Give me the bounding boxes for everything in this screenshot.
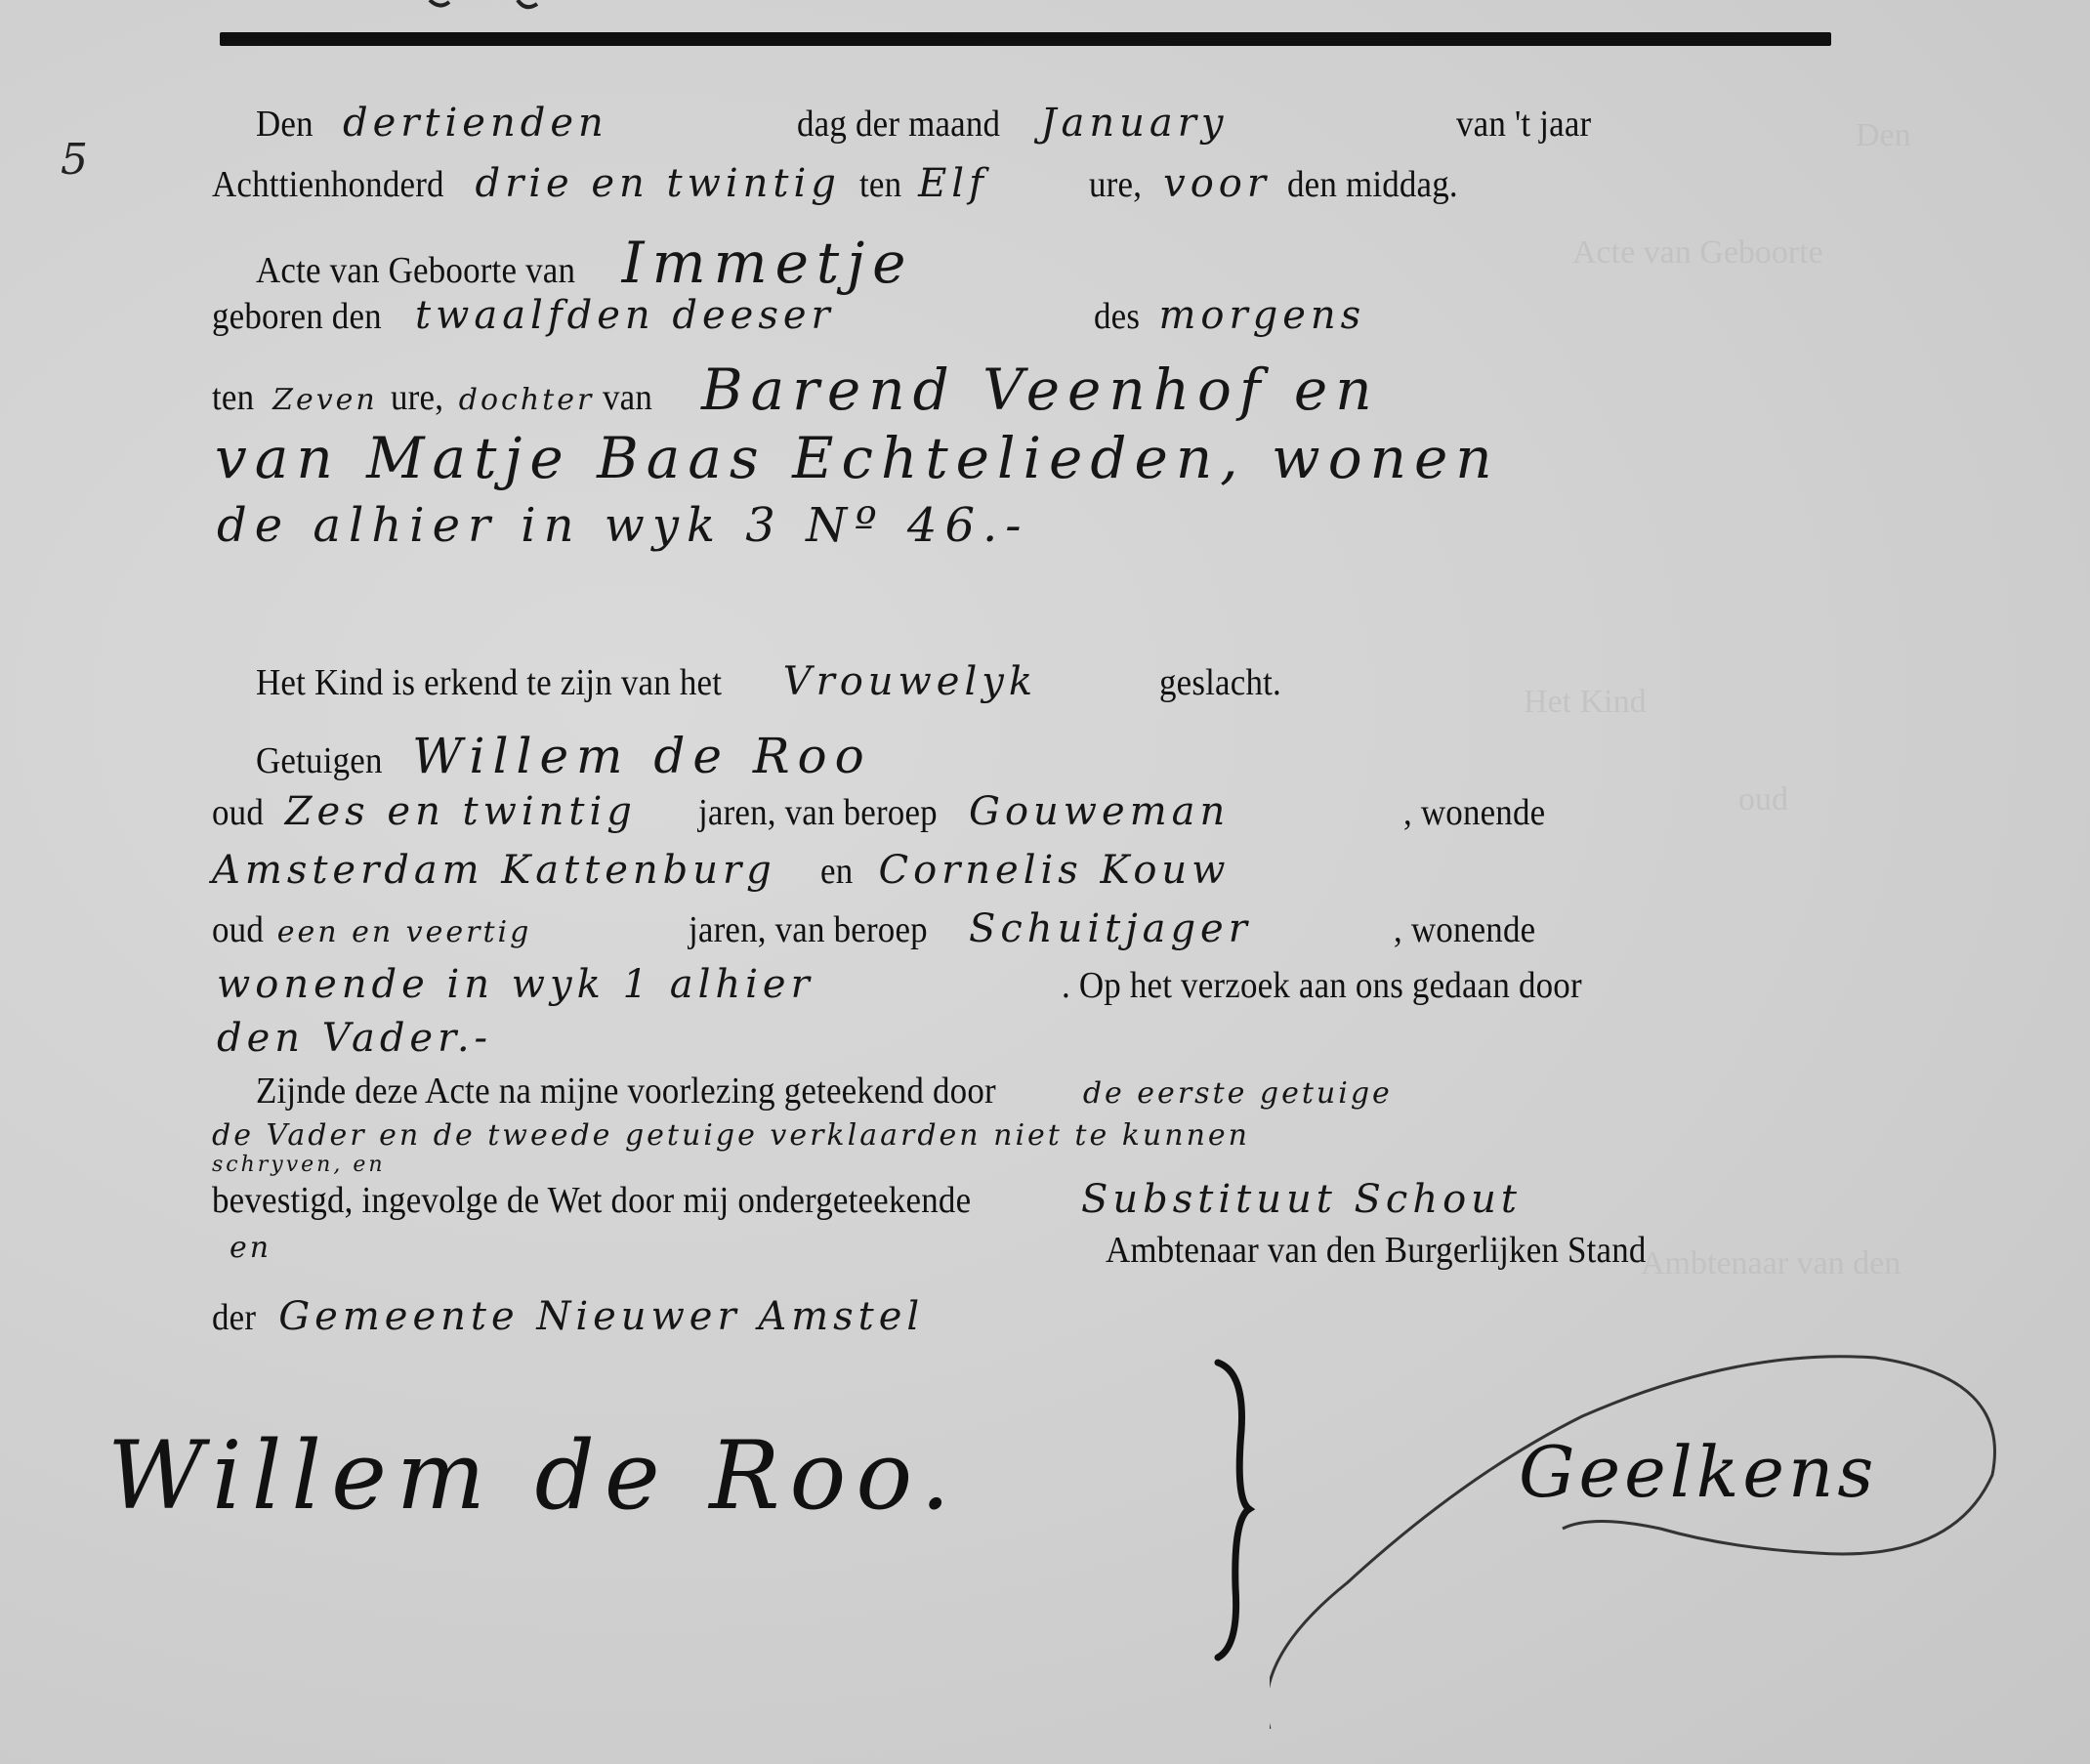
printed-text: , wonende <box>1394 908 1535 951</box>
line-date-day: Den dertienden dag der maand January van… <box>256 101 1603 146</box>
printed-text: Acte van Geboorte van <box>256 249 575 292</box>
handwritten-birth-day: twaalfden deeser <box>415 293 1040 338</box>
top-ink-fragment <box>391 0 781 14</box>
printed-text: geboren den <box>212 295 382 338</box>
line-registrar: en <box>230 1231 272 1265</box>
margin-record-number: 5 <box>61 135 88 185</box>
line-child-name: Acte van Geboorte van Immetje <box>256 230 914 296</box>
handwritten-day: dertienden <box>343 101 753 146</box>
printed-text: oud <box>212 908 264 951</box>
printed-text: van <box>603 376 652 419</box>
handwritten-year: drie en twintig <box>475 161 840 206</box>
printed-text: dag der maand <box>797 103 1000 146</box>
line-born: geboren den twaalfden deeser des morgens <box>212 293 1365 338</box>
printed-text: Zijnde deze Acte na mijne voorlezing get… <box>256 1070 996 1113</box>
handwritten-sex: Vrouwelyk <box>783 659 1154 704</box>
printed-text: ure, <box>391 376 443 419</box>
bleed-through-text: oud <box>1738 781 1788 819</box>
line-parents: ten Zeven ure, dochter van Barend Veenho… <box>212 357 1380 423</box>
signature-flourish <box>1270 1338 2070 1748</box>
handwritten-witness-1-age: Zes en twintig <box>285 789 676 834</box>
handwritten-residence: de alhier in wyk 3 Nº 46.- <box>217 498 1028 553</box>
line-sex: Het Kind is erkend te zijn van het Vrouw… <box>256 659 1292 704</box>
handwritten-witness-2: Cornelis Kouw <box>878 848 1230 893</box>
handwritten-official-title: Substituut Schout <box>1081 1177 1522 1222</box>
handwritten-municipality: Gemeente Nieuwer Amstel <box>278 1294 924 1339</box>
line-residence: de alhier in wyk 3 Nº 46.- <box>217 498 1028 553</box>
printed-text: Het Kind is erkend te zijn van het <box>256 661 722 704</box>
line-declaration: de Vader en de tweede getuige verklaarde… <box>212 1118 1250 1153</box>
printed-text: bevestigd, ingevolge de Wet door mij ond… <box>212 1179 971 1222</box>
line-confirmed: bevestigd, ingevolge de Wet door mij ond… <box>212 1177 1522 1222</box>
line-date-year: Achttienhonderd drie en twintig ten Elf … <box>212 161 1473 206</box>
handwritten-hour: Elf <box>918 161 1084 206</box>
handwritten-relation: dochter <box>459 383 595 417</box>
printed-text: Achttienhonderd <box>212 163 444 206</box>
header-rule <box>220 32 1831 46</box>
handwritten-witness-2-occupation: Schuitjager <box>969 906 1389 951</box>
printed-text: geslacht. <box>1159 661 1281 704</box>
document-page: Den Acte van Geboorte Het Kind oud Ambte… <box>0 0 2090 1764</box>
printed-text: jaren, van beroep <box>698 791 938 834</box>
handwritten-declaration: de Vader en de tweede getuige verklaarde… <box>212 1118 1250 1153</box>
printed-text: ure, <box>1089 163 1142 206</box>
bleed-through-text: Acte van Geboorte <box>1572 234 1823 272</box>
printed-text: Den <box>256 103 313 146</box>
handwritten-time-of-day: morgens <box>1159 293 1366 338</box>
line-registrar-title: Ambtenaar van den Burgerlijken Stand <box>1106 1229 1693 1272</box>
handwritten-and: en <box>230 1231 272 1265</box>
handwritten-child-name: Immetje <box>622 230 914 296</box>
line-witness-2-details: oud een en veertig jaren, van beroep Sch… <box>212 906 1548 951</box>
line-witness-1: Getuigen Willem de Roo <box>256 728 872 784</box>
printed-text: ten <box>212 376 254 419</box>
printed-text: van 't jaar <box>1456 103 1591 146</box>
printed-text: en <box>820 850 853 893</box>
line-request: wonende in wyk 1 alhier . Op het verzoek… <box>217 962 1627 1007</box>
handwritten-before-after: voor <box>1163 161 1271 206</box>
handwritten-witness-1-residence: Amsterdam Kattenburg <box>212 848 808 893</box>
line-witness-1-details: oud Zes en twintig jaren, van beroep Gou… <box>212 789 1558 834</box>
signature-official: Geelkens <box>1519 1431 1877 1513</box>
bleed-through-text: Den <box>1856 117 1911 154</box>
printed-text: oud <box>212 791 264 834</box>
printed-text: den middag. <box>1287 163 1458 206</box>
handwritten-signers: de eerste getuige <box>1083 1076 1393 1111</box>
bleed-through-text: Het Kind <box>1524 684 1647 721</box>
line-witness-2: Amsterdam Kattenburg en Cornelis Kouw <box>212 848 1230 893</box>
line-mother: van Matje Baas Echtelieden, wonen <box>215 425 1500 491</box>
handwritten-witness-2-residence: wonende in wyk 1 alhier <box>217 962 1057 1007</box>
printed-text: des <box>1094 295 1140 338</box>
handwritten-declaration-cont: schryven, en <box>212 1153 386 1177</box>
printed-text: , wonende <box>1403 791 1545 834</box>
line-requester: den Vader.- <box>217 1016 492 1061</box>
handwritten-witness-1: Willem de Roo <box>412 728 872 784</box>
printed-text: ten <box>859 163 901 206</box>
printed-text: . Op het verzoek aan ons gedaan door <box>1062 964 1582 1007</box>
signature-witness: Willem de Roo. <box>107 1421 960 1531</box>
line-declaration-cont: schryven, en <box>212 1153 386 1177</box>
printed-text: jaren, van beroep <box>689 908 928 951</box>
handwritten-witness-2-age: een en veertig <box>277 915 668 949</box>
printed-text: Getuigen <box>256 739 383 782</box>
handwritten-requester: den Vader.- <box>217 1016 492 1061</box>
line-municipality: der Gemeente Nieuwer Amstel <box>212 1294 924 1339</box>
handwritten-hour-born: Zeven <box>272 383 378 417</box>
line-signed-by: Zijnde deze Acte na mijne voorlezing get… <box>256 1070 1393 1113</box>
printed-text: Ambtenaar van den Burgerlijken Stand <box>1106 1229 1647 1272</box>
handwritten-father-name: Barend Veenhof en <box>701 357 1380 423</box>
handwritten-mother-name: van Matje Baas Echtelieden, wonen <box>215 425 1500 491</box>
handwritten-month: January <box>1040 101 1411 146</box>
printed-text: der <box>212 1296 256 1339</box>
handwritten-witness-1-occupation: Gouweman <box>969 789 1399 834</box>
